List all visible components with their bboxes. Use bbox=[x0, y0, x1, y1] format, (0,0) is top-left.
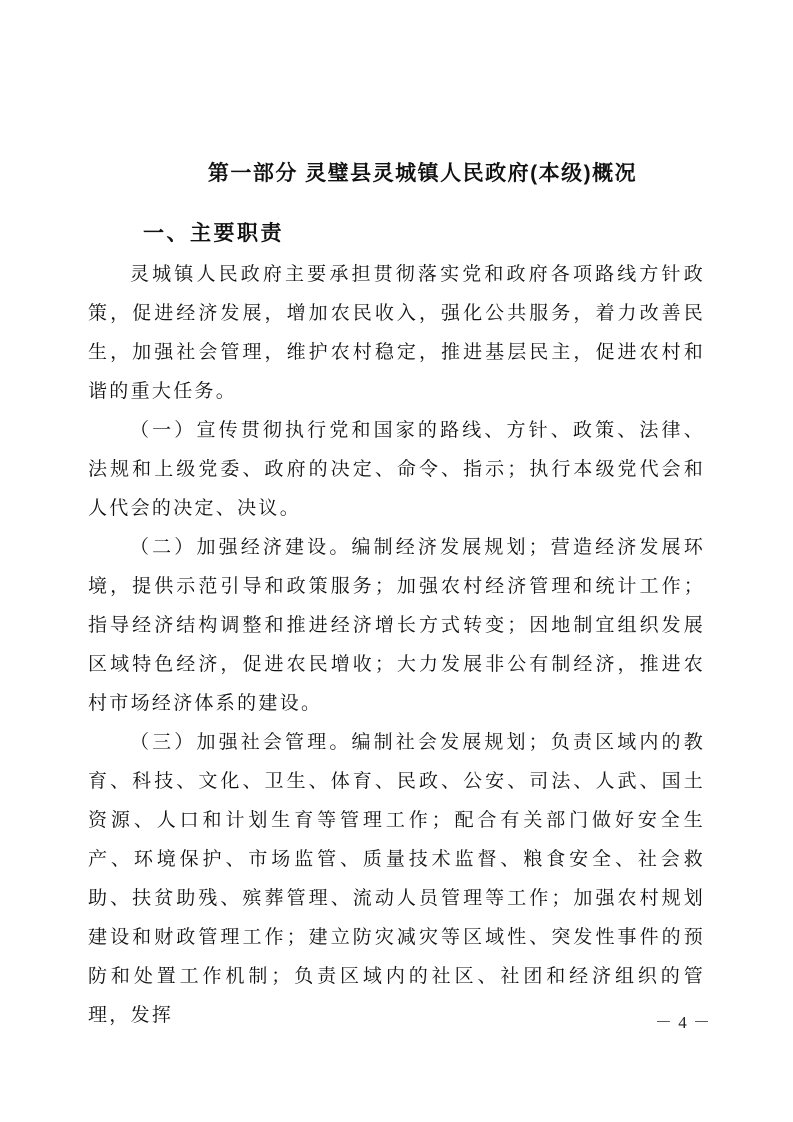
document-page: 第一部分 灵璧县灵城镇人民政府(本级)概况 一、主要职责 灵城镇人民政府主要承担… bbox=[0, 0, 793, 1122]
paragraph-item-2: （二）加强经济建设。编制经济发展规划；营造经济发展环境，提供示范引导和政策服务；… bbox=[88, 528, 705, 723]
section-heading: 一、主要职责 bbox=[143, 220, 284, 248]
document-title: 第一部分 灵璧县灵城镇人民政府(本级)概况 bbox=[114, 159, 731, 189]
paragraph-item-1: （一）宣传贯彻执行党和国家的路线、方针、政策、法律、法规和上级党委、政府的决定、… bbox=[88, 411, 705, 528]
paragraph-intro: 灵城镇人民政府主要承担贯彻落实党和政府各项路线方针政策，促进经济发展，增加农民收… bbox=[88, 255, 705, 411]
paragraph-item-3: （三）加强社会管理。编制社会发展规划；负责区域内的教育、科技、文化、卫生、体育、… bbox=[88, 723, 705, 1035]
body-text: 灵城镇人民政府主要承担贯彻落实党和政府各项路线方针政策，促进经济发展，增加农民收… bbox=[88, 255, 705, 1035]
page-number: － 4 － bbox=[655, 1012, 711, 1034]
